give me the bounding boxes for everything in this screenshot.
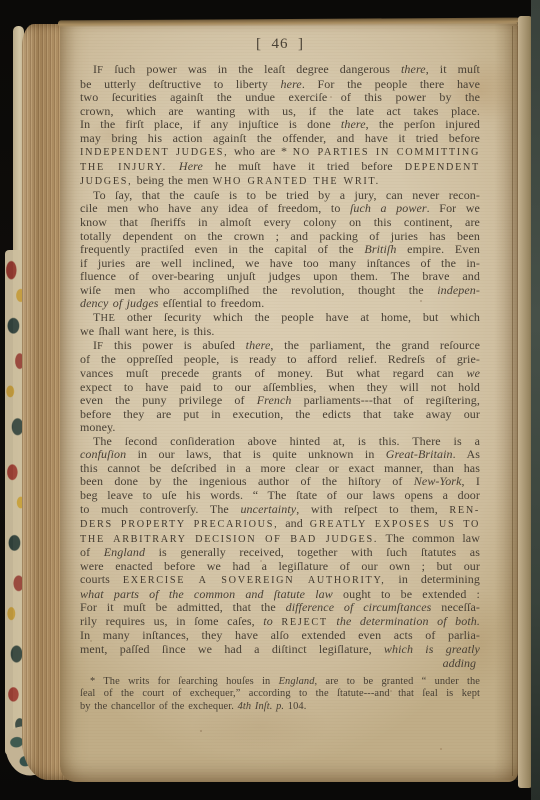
text-line: INDEPENDENT JUDGES, who are * NO PARTIES… (80, 145, 480, 160)
italic-text: Great-Britain (386, 447, 453, 461)
text-line: The ſecond conſideration above hinted at… (80, 435, 480, 449)
body-text-segment: be utterly deſtructive to liberty (80, 77, 281, 91)
body-text-segment: , the parliament, the grand reſource (270, 338, 480, 352)
italic-text: ſuch a power (350, 201, 427, 215)
body-text-segment: 104. (284, 701, 306, 712)
text-line: cile men who have any idea of freedom, t… (80, 202, 480, 216)
text-line: courts EXERCISE A SOVEREIGN AUTHORITY, i… (80, 573, 480, 588)
body-text-segment: ſeal of the court of exchequer,” accordi… (80, 688, 480, 699)
body-text-segment: by the chancellor of the exchequer. (80, 701, 238, 712)
body-text-segment: * The writs for ſearching houſes in (90, 676, 279, 687)
italic-text: indepen- (437, 283, 480, 297)
body-text-segment: before they are put in execution, the ed… (80, 407, 480, 421)
body-text-segment: may bring his action againſt the offende… (80, 131, 480, 145)
text-line: be utterly deſtructive to liberty here. … (80, 78, 480, 92)
spaced-caps-text: THE ARBITRARY DECISION OF BAD JUDGES. (80, 534, 378, 545)
text-line: JUDGES, being the men WHO GRANTED THE WR… (80, 174, 480, 189)
body-text-segment: , it muſt (426, 62, 480, 76)
text-line: * The writs for ſearching houſes in Engl… (80, 676, 480, 688)
text-line: what parts of the common and ſtatute law… (80, 588, 480, 602)
text-line: crown, which are wanting with us, if the… (80, 105, 480, 119)
body-text-segment: who are * (228, 144, 292, 158)
italic-text: Here (179, 159, 203, 173)
paper-specks (0, 0, 2, 2)
italic-text: we (466, 366, 480, 380)
italic-text: there (246, 338, 271, 352)
spaced-caps-text: REN- (449, 505, 480, 516)
text-line: by the chancellor of the exchequer. 4th … (80, 701, 480, 713)
text-line: In many inſtances, they have alſo extend… (80, 629, 480, 643)
text-line: frequently practiſed even in the capital… (80, 243, 480, 257)
paragraph: * The writs for ſearching houſes in Engl… (80, 676, 480, 713)
italic-text: uncertainty (240, 502, 296, 516)
paragraph: The ſecond conſideration above hinted at… (80, 435, 480, 657)
body-text-segment: cile men who have any idea of freedom, t… (80, 201, 350, 215)
body-text-segment: , with reſpect to them, (296, 502, 449, 516)
spaced-caps-text: WHO GRANTED THE WRIT. (213, 176, 380, 187)
italic-text: which is greatly (384, 642, 480, 656)
text-line: DERS PROPERTY PRECARIOUS, and GREATLY EX… (80, 517, 480, 532)
text-line: In the firſt place, if any injuſtice is … (80, 118, 480, 132)
body-text-segment: , are to be granted “ under the (315, 676, 480, 687)
text-line: THE INJURY. Here he muſt have it tried b… (80, 160, 480, 175)
body-text-segment: wiſe men who accompliſhed the revolution… (80, 283, 437, 297)
italic-text: there (341, 117, 366, 131)
spaced-caps-text: THE INJURY. (80, 162, 167, 173)
italic-text: difference of circumſtances (286, 600, 432, 614)
text-line: may bring his action againſt the offende… (80, 132, 480, 146)
italic-text: England (279, 676, 315, 687)
text-line: were enacted before we had a legiſlature… (80, 560, 480, 574)
paragraph: IF this power is abuſed there, the parli… (80, 339, 480, 435)
spaced-caps-text: DERS PROPERTY PRECARIOUS, (80, 519, 278, 530)
text-line: totally dependent on the crown ; and pac… (80, 230, 480, 244)
body-text-segment: being the men (132, 173, 212, 187)
body-text-segment: even the puny privilege of (80, 393, 257, 407)
text-line: this cannot be deſcribed in a more clear… (80, 462, 480, 476)
body-text-segment: The ſecond conſideration above hinted at… (93, 434, 480, 448)
body-text-segment: totally dependent on the crown ; and pac… (80, 229, 480, 243)
body-text-segment: crown, which are wanting with us, if the… (80, 104, 480, 118)
text-line: we ſhall want here, is this. (80, 325, 480, 339)
body-text-segment: . As (453, 447, 480, 461)
italic-text: French (257, 393, 292, 407)
book-scan-photo: [ 46 ] IF ſuch power was in the leaſt de… (0, 0, 540, 800)
body-text-segment: if juries are well inclined, we have too… (80, 256, 480, 270)
body-text-segment: he muſt have it tried before (203, 159, 405, 173)
spaced-caps-text: EXERCISE A SOVEREIGN AUTHORITY, (123, 575, 386, 586)
italic-text: here (281, 77, 302, 91)
text-line: expect to have paid to our aſſemblies, w… (80, 381, 480, 395)
body-text-segment: vances muſt precede grants of money. But… (80, 366, 466, 380)
body-text-segment: parliaments---that of regiſtering, (292, 393, 480, 407)
body-text-segment: . For we (427, 201, 480, 215)
spaced-caps-text: GREATLY EXPOSES US TO (310, 519, 480, 530)
text-line: ment, paſſed ſince we had a diſtinct leg… (80, 643, 480, 657)
spaced-caps-text: NO PARTIES IN COMMITTING (293, 147, 480, 158)
text-line: IF this power is abuſed there, the parli… (80, 339, 480, 354)
text-line: confuſion in our laws, that is quite unk… (80, 448, 480, 462)
body-text-segment: of (80, 545, 104, 559)
italic-text: Britiſh (364, 242, 396, 256)
body-text-segment: ought to be extended : (333, 587, 480, 601)
body-text-segment: expect to have paid to our aſſemblies, w… (80, 380, 480, 394)
body-text-segment: of the oppreſſed people, is ready to aff… (80, 352, 480, 366)
body-text-segment: fluence of over-bearing unjuſt judges up… (80, 269, 480, 283)
italic-text: confuſion (80, 447, 126, 461)
italic-text: the determination of both. (336, 614, 480, 628)
body-text-segment: been done by the ingenious author of the… (80, 474, 414, 488)
text-line: before they are put in execution, the ed… (80, 408, 480, 422)
paragraph: THE other ſecurity which the people have… (80, 311, 480, 339)
body-text-segment: For it muſt be admitted, that the (80, 600, 286, 614)
text-line: fluence of over-bearing unjuſt judges up… (80, 270, 480, 284)
text-line: beg leave to uſe his words. “ The ſtate … (80, 489, 480, 503)
body-text-segment: this cannot be deſcribed in a more clear… (80, 461, 480, 475)
text-line: rily requires us, in ſome caſes, to REJE… (80, 615, 480, 630)
body-text-segment: In many inſtances, they have alſo extend… (80, 628, 480, 642)
text-line: know that ſheriffs in almoſt every colon… (80, 216, 480, 230)
body-text-segment: money. (80, 420, 115, 434)
text-line: dency of judges eſſential to freedom. (80, 297, 480, 311)
text-line: even the puny privilege of French parlia… (80, 394, 480, 408)
body-text-segment: In the firſt place, if any injuſtice is … (80, 117, 341, 131)
body-text-segment: eſſential to freedom. (159, 296, 265, 310)
body-text-segment: beg leave to uſe his words. “ The ſtate … (80, 488, 480, 502)
text-line: two ſecurities againſt the undue exerciſ… (80, 91, 480, 105)
italic-text: 4th Inſt. p. (238, 701, 285, 712)
adjacent-page-edge (518, 16, 532, 788)
text-line: money. (80, 421, 480, 435)
catchword: adding (80, 657, 480, 671)
italic-text: to (263, 614, 273, 628)
body-text-segment: other ſecurity which the people have at … (115, 310, 480, 324)
body-text-segment: , the perſon injured (366, 117, 480, 131)
spaced-caps-text: DEPENDENT (405, 162, 480, 173)
page-text: [ 46 ] IF ſuch power was in the leaſt de… (80, 36, 480, 713)
italic-text: there (401, 62, 426, 76)
text-line: been done by the ingenious author of the… (80, 475, 480, 489)
body-text-segment: courts (80, 572, 123, 586)
body-text-segment: to much controverſy. The (80, 502, 240, 516)
body-text: IF ſuch power was in the leaſt degree da… (80, 63, 480, 657)
body-text-segment: in our laws, that is quite unknown in (126, 447, 386, 461)
italic-text: England (104, 545, 145, 559)
text-line: wiſe men who accompliſhed the revolution… (80, 284, 480, 298)
body-text-segment: we ſhall want here, is this. (80, 324, 214, 338)
body-text-segment: HE (100, 313, 115, 324)
text-line: ſeal of the court of exchequer,” accordi… (80, 688, 480, 700)
text-line: THE ARBITRARY DECISION OF BAD JUDGES. Th… (80, 532, 480, 547)
spaced-caps-text: REJECT (281, 617, 327, 628)
body-text-segment: were enacted before we had a legiſlature… (80, 559, 480, 573)
body-text-segment: rily requires us, in ſome caſes, (80, 614, 263, 628)
italic-text: dency of judges (80, 296, 159, 310)
footnote-text: * The writs for ſearching houſes in Engl… (80, 676, 480, 713)
italic-text: what parts of the common and ſtatute law (80, 587, 333, 601)
text-line: THE other ſecurity which the people have… (80, 311, 480, 326)
body-text-segment: empire. Even (396, 242, 480, 256)
body-text-segment: neceſſa- (431, 600, 480, 614)
text-line: of the oppreſſed people, is ready to aff… (80, 353, 480, 367)
body-text-segment: ſuch power was in the leaſt degree dange… (103, 62, 401, 76)
text-line: to much controverſy. The uncertainty, wi… (80, 503, 480, 518)
body-text-segment: To ſay, that the cauſe is to be tried by… (93, 188, 480, 202)
binding-dark-strip (531, 0, 540, 800)
spaced-caps-text: INDEPENDENT JUDGES, (80, 147, 228, 158)
body-text-segment: know that ſheriffs in almoſt every colon… (80, 215, 480, 229)
text-line: vances muſt precede grants of money. But… (80, 367, 480, 381)
body-text-segment (167, 159, 179, 173)
body-text-segment: frequently practiſed even in the capital… (80, 242, 364, 256)
body-text-segment: ment, paſſed ſince we had a diſtinct leg… (80, 642, 384, 656)
spaced-caps-text: JUDGES, (80, 176, 132, 187)
body-text-segment: . For the people there have (302, 77, 480, 91)
text-line: if juries are well inclined, we have too… (80, 257, 480, 271)
text-line: To ſay, that the cauſe is to be tried by… (80, 189, 480, 203)
italic-text: New-York (414, 474, 462, 488)
body-text-segment: and (278, 516, 309, 530)
text-line: For it muſt be admitted, that the differ… (80, 601, 480, 615)
body-text-segment: two ſecurities againſt the undue exerciſ… (80, 90, 480, 104)
body-text-segment: this power is abuſed (103, 338, 245, 352)
paragraph: IF ſuch power was in the leaſt degree da… (80, 63, 480, 189)
text-line: IF ſuch power was in the leaſt degree da… (80, 63, 480, 78)
paragraph: To ſay, that the cauſe is to be tried by… (80, 189, 480, 311)
gutter-crease (512, 26, 513, 776)
body-text-segment: is generally received, together with ſuc… (145, 545, 480, 559)
body-text-segment: in determining (385, 572, 480, 586)
body-text-segment: , I (462, 474, 481, 488)
page-number: [ 46 ] (80, 36, 480, 52)
body-text-segment: The common law (378, 531, 480, 545)
text-line: of England is generally received, togeth… (80, 546, 480, 560)
